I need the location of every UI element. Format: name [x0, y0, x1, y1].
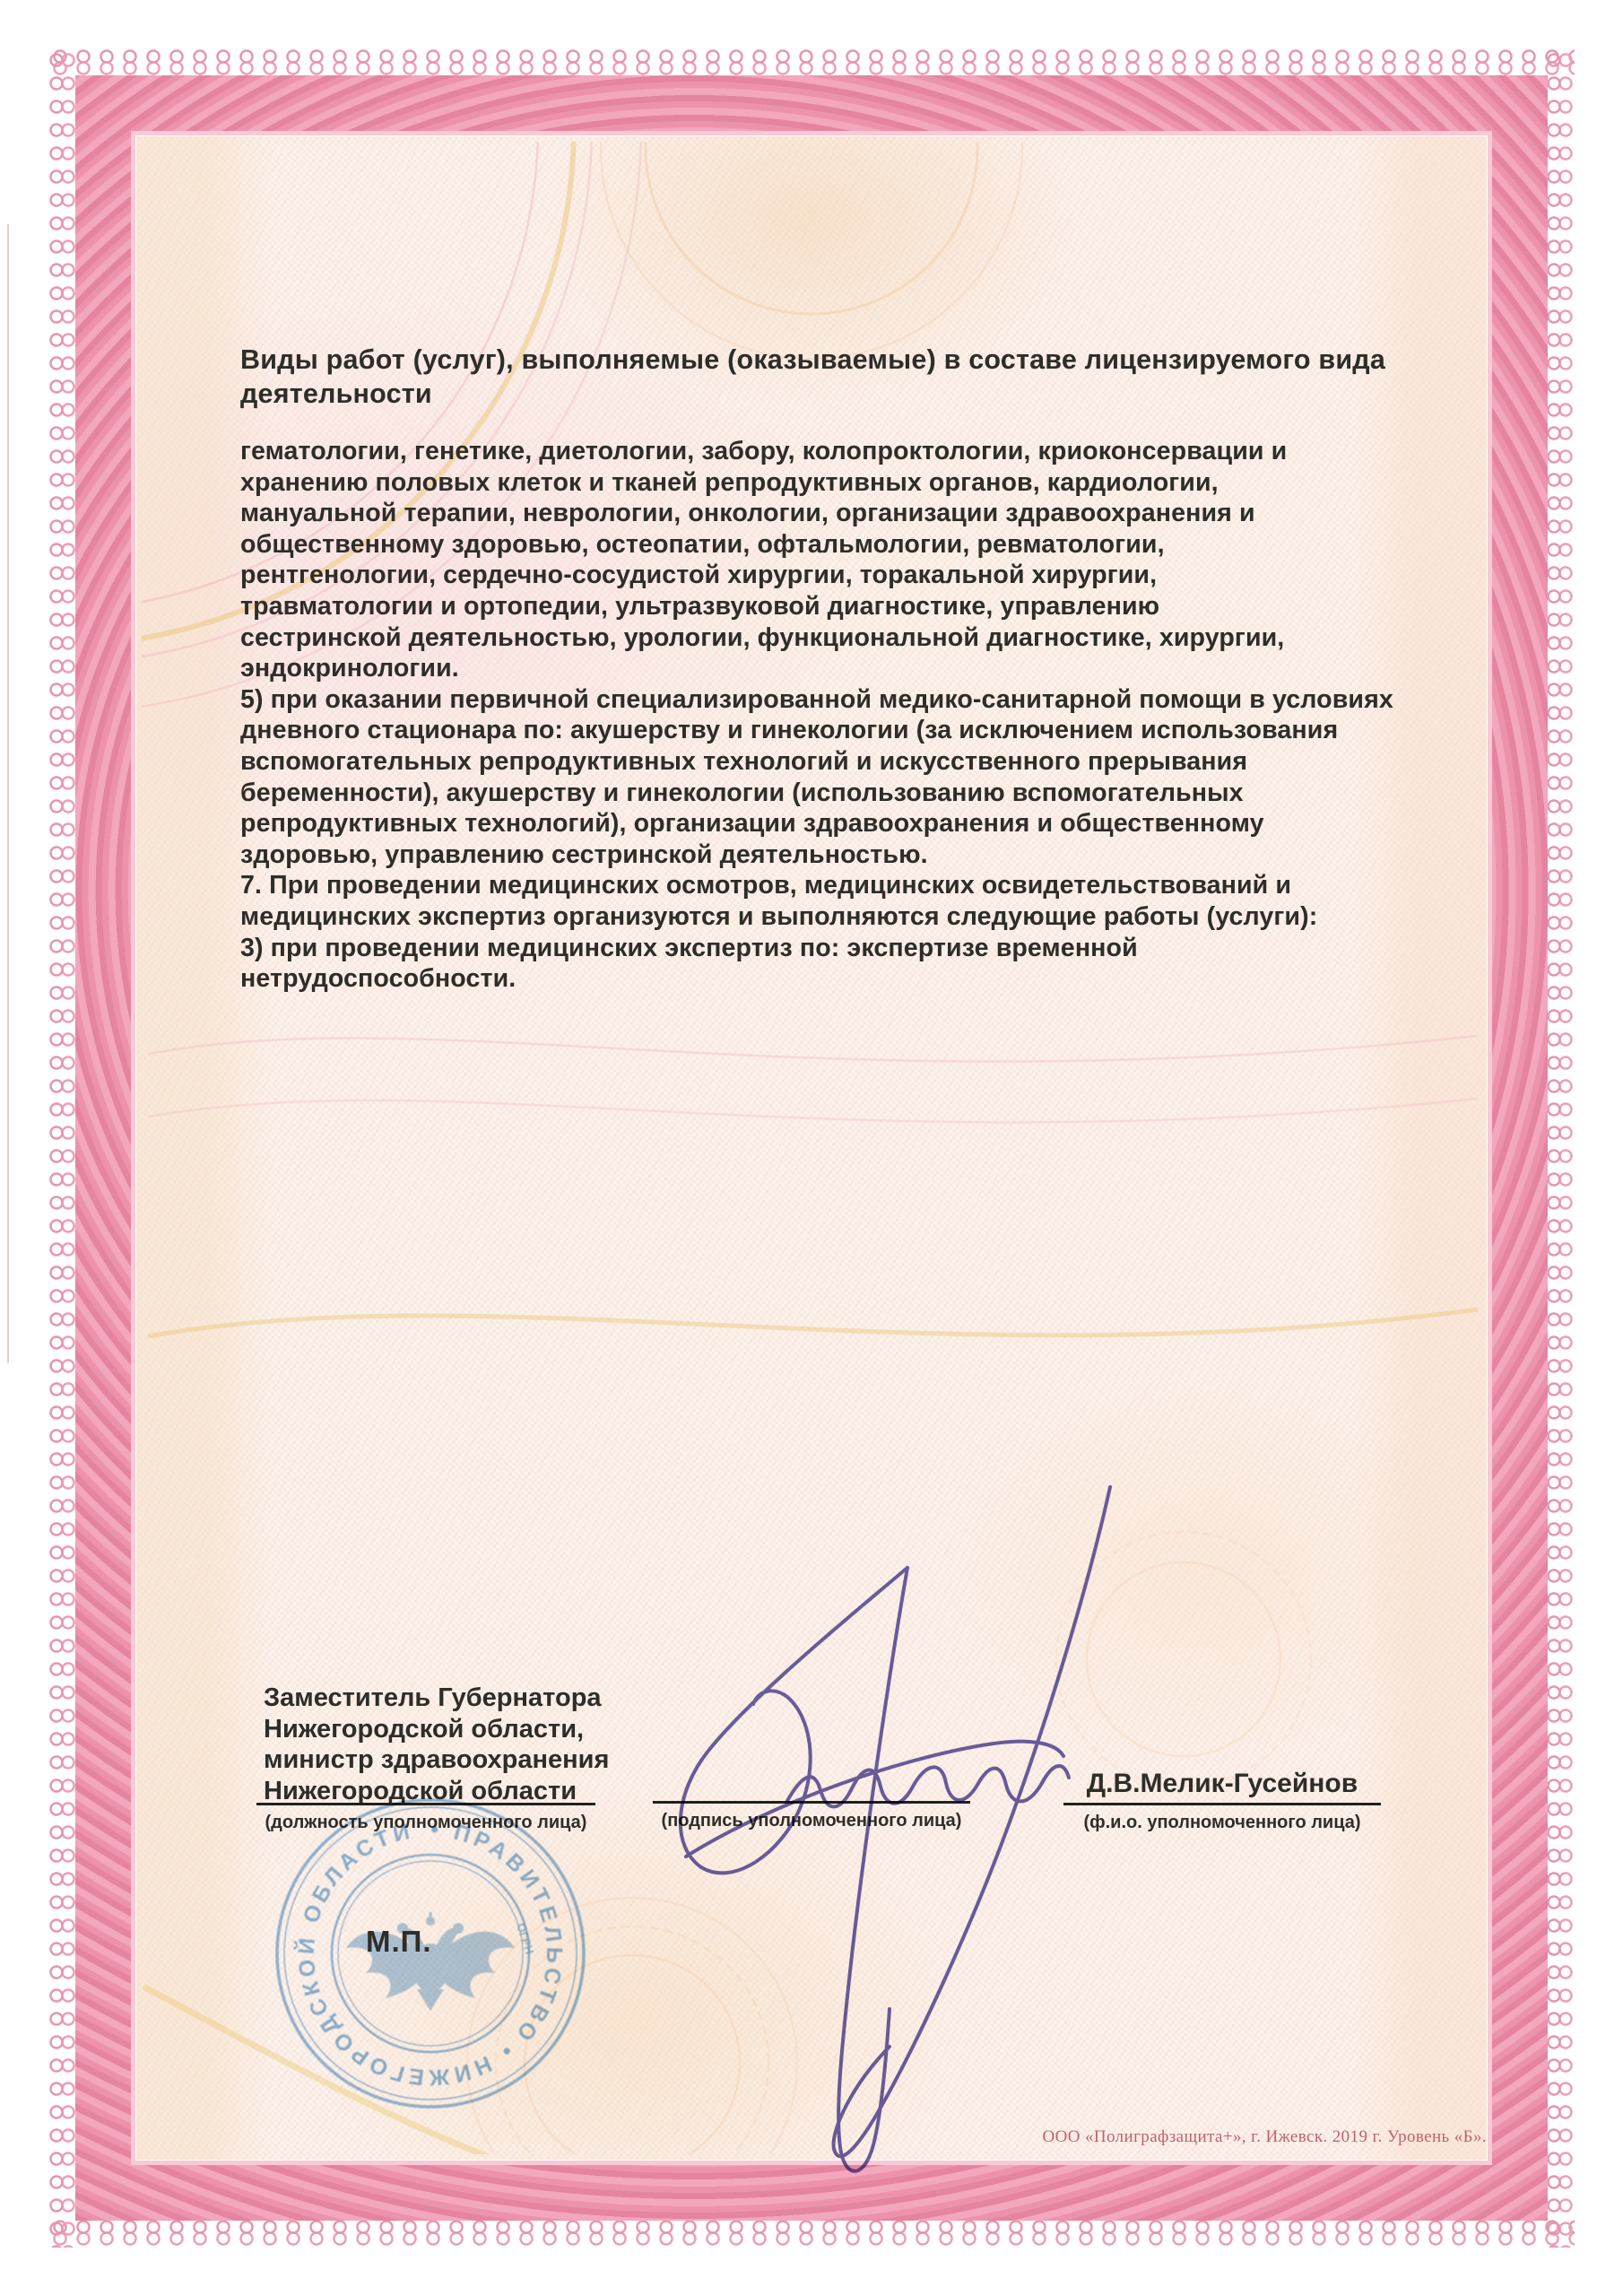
- lace-border-bottom: [48, 2219, 1575, 2248]
- printer-note: ООО «Полиграфзащита+», г. Ижевск. 2019 г…: [1042, 2127, 1487, 2147]
- handwritten-signature: [538, 1408, 1166, 2215]
- scan-artifact-line: [7, 224, 9, 1363]
- seal-small-text: ОГРН: [514, 1921, 536, 1955]
- lace-border-left: [48, 48, 77, 2248]
- seal-place-mark: М.П.: [366, 1925, 432, 1959]
- lace-border-top: [48, 48, 1575, 77]
- lace-border-right: [1546, 48, 1575, 2248]
- services-list-text: гематологии, генетике, диетологии, забор…: [240, 436, 1442, 995]
- document-title: Виды работ (услуг), выполняемые (оказыва…: [240, 343, 1433, 411]
- license-certificate-page: Виды работ (услуг), выполняемые (оказыва…: [0, 0, 1623, 2296]
